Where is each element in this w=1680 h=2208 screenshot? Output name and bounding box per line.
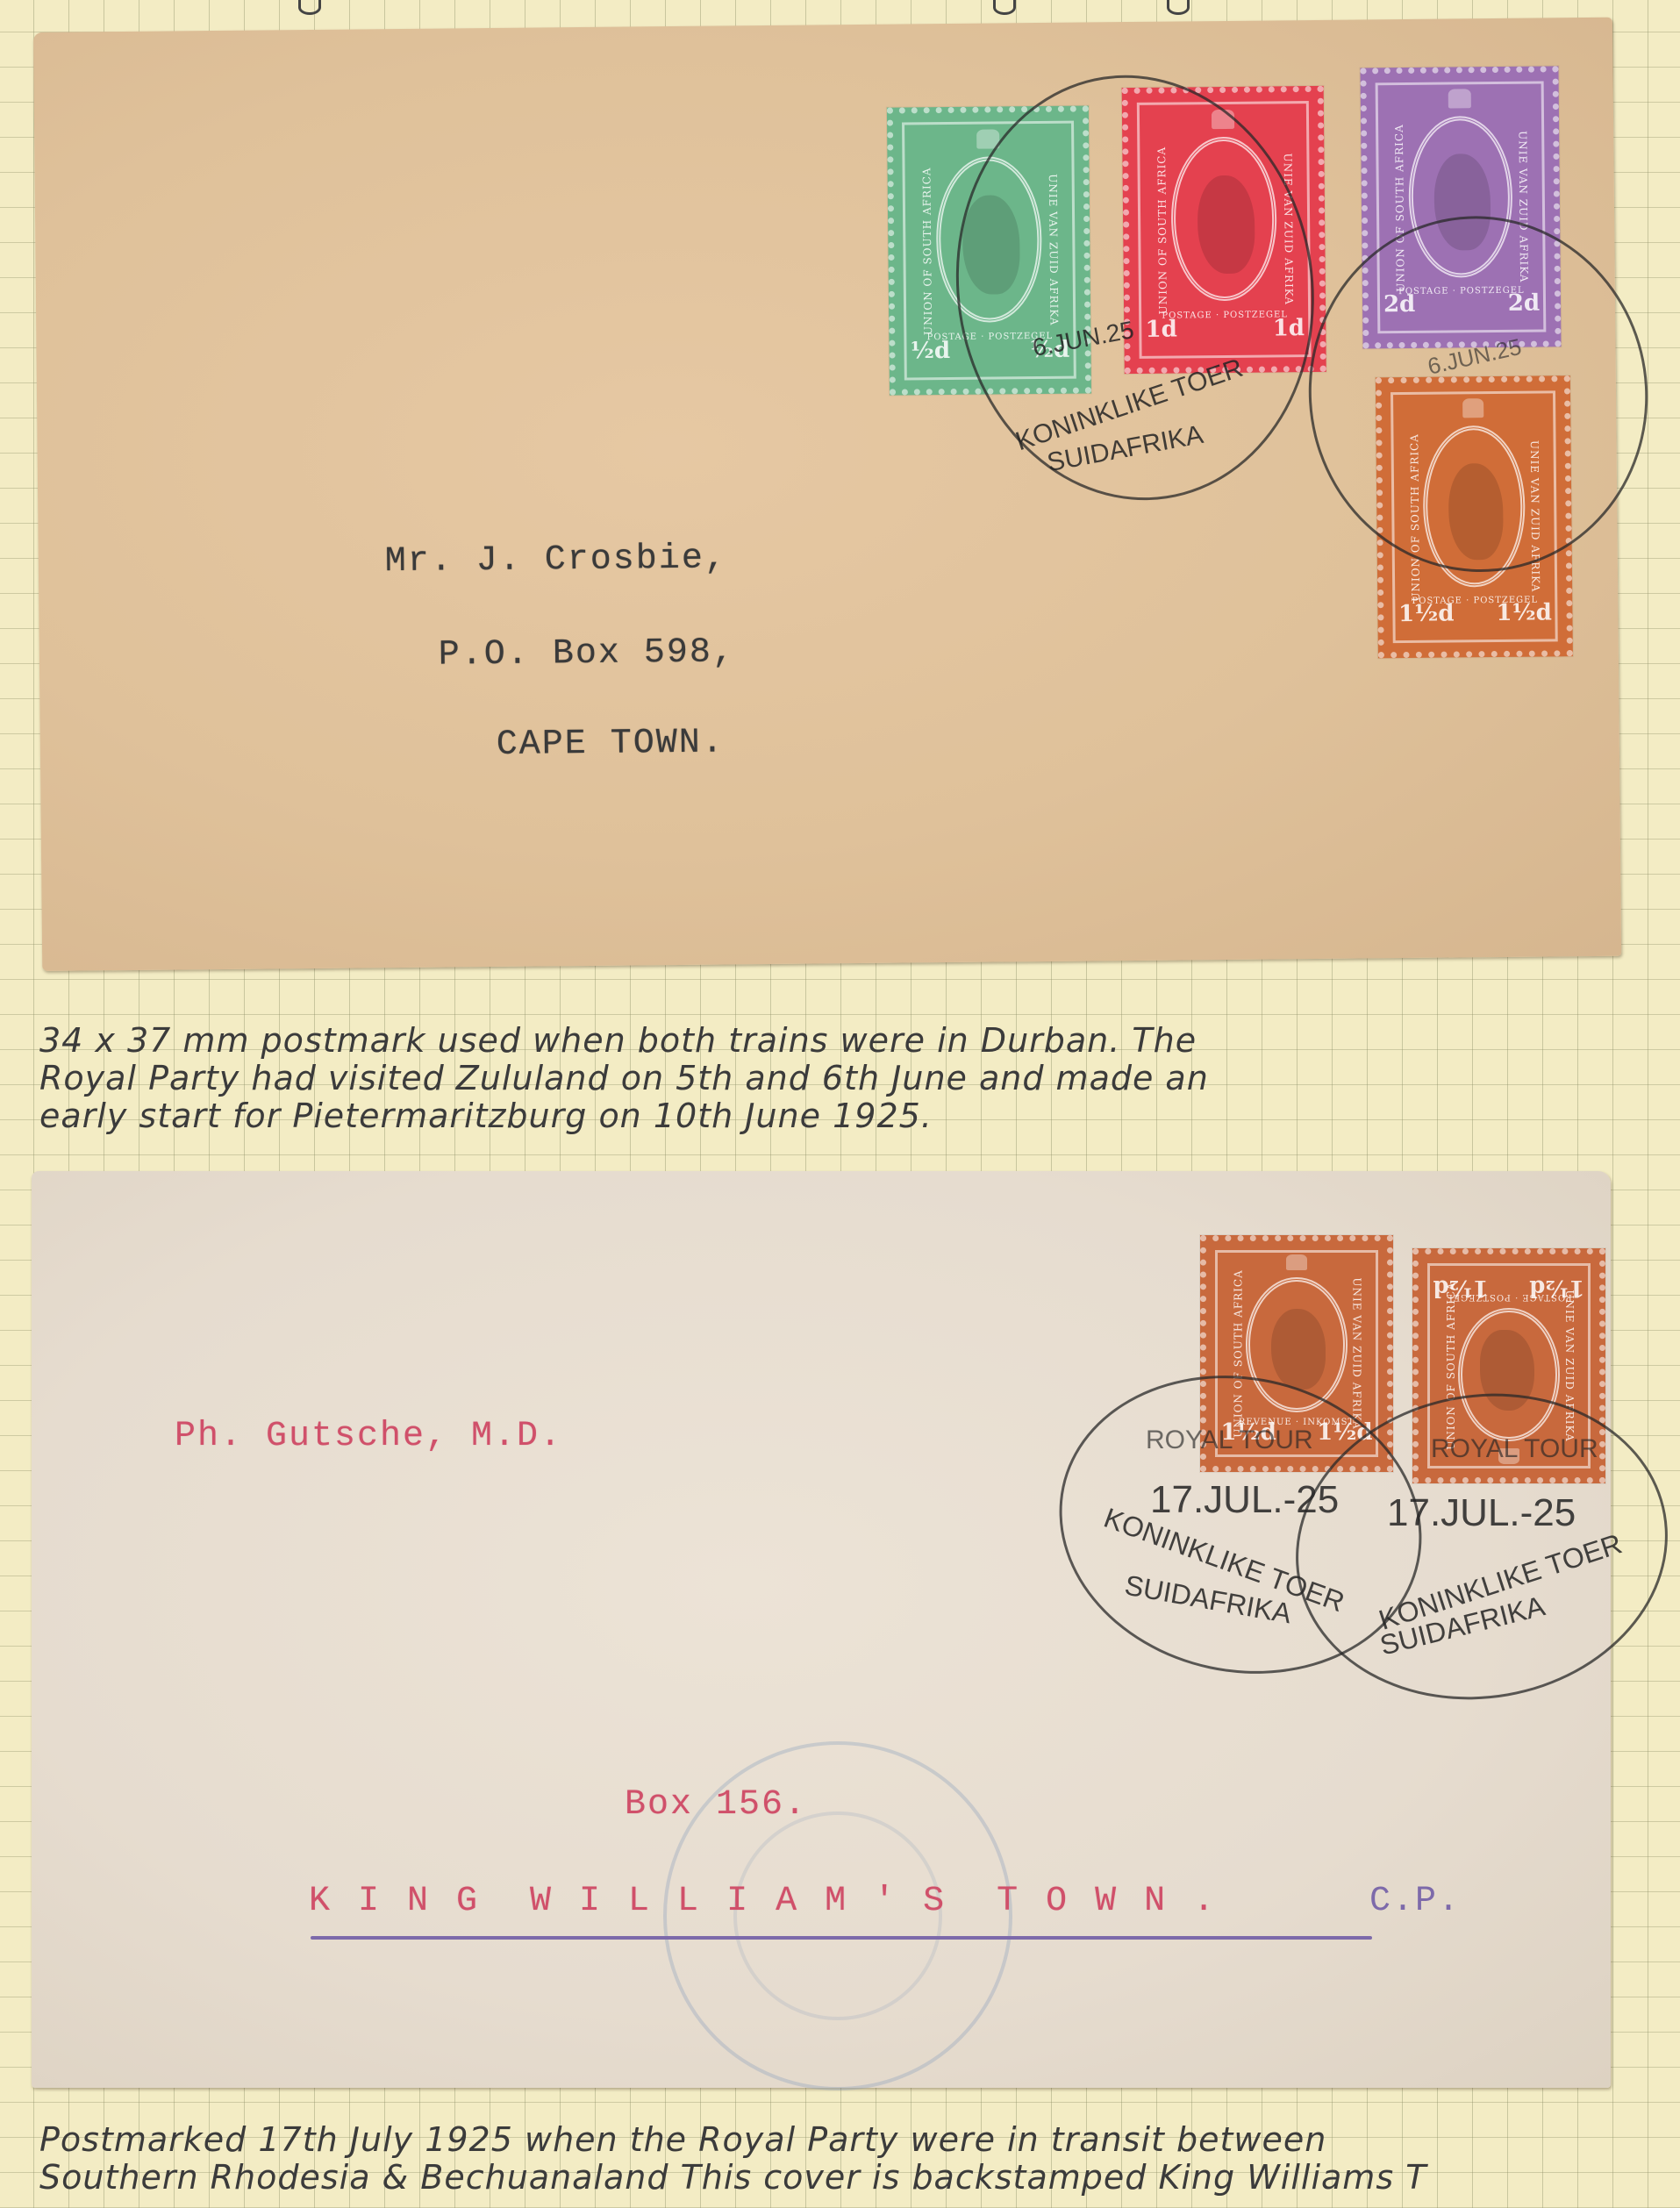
annotation-line: Royal Party had visited Zululand on 5th … [39, 1060, 1209, 1097]
postmark-middle-text: ROYAL TOUR [1431, 1434, 1598, 1464]
stamp-value: 1½d [1433, 1275, 1488, 1301]
annotation-line: early start for Pietermaritzburg on 10th… [39, 1097, 933, 1134]
postmark-oval [1284, 193, 1672, 596]
address-line-3: K I N G W I L L I A M ' S T O W N . [309, 1882, 1218, 1921]
annotation-line: Postmarked 17th July 1925 when the Royal… [39, 2121, 1326, 2158]
address-line-1: Ph. Gutsche, M.D. [175, 1417, 562, 1456]
stamp-value: 1½d [1398, 601, 1455, 628]
stamp-legend: UNION OF SOUTH AFRICA [920, 167, 934, 335]
postmark-middle-text: ROYAL TOUR [1146, 1426, 1313, 1455]
envelope-cover-1: UNION OF SOUTH AFRICA UNIE VAN ZUID AFRI… [33, 18, 1621, 971]
handwriting-fragment [993, 0, 1016, 15]
stamp-value: 1½d [1496, 600, 1552, 627]
postmark-date: 17.JUL.-25 [1387, 1491, 1576, 1535]
address-line-3: CAPE TOWN. [497, 723, 725, 764]
address-line-3-suffix: C.P. [1369, 1882, 1461, 1921]
annotation-line: 34 x 37 mm postmark used when both train… [39, 1022, 1197, 1059]
envelope-cover-2: UNION OF SOUTH AFRICA UNIE VAN ZUID AFRI… [32, 1171, 1611, 2088]
address-line-2: Box 156. [625, 1785, 807, 1825]
stamp-value: ½d [911, 338, 951, 364]
stamp-legend: UNIE VAN ZUID AFRIKA [1351, 1277, 1363, 1429]
address-underline [311, 1936, 1372, 1940]
handwriting-fragment [1167, 0, 1190, 15]
annotation-line: Southern Rhodesia & Bechuanaland This co… [39, 2159, 1426, 2196]
stamp-value: 1½d [1529, 1275, 1584, 1301]
address-line-1: Mr. J. Crosbie, [385, 539, 727, 582]
handwriting-fragment [298, 0, 321, 15]
address-line-2: P.O. Box 598, [439, 632, 735, 675]
